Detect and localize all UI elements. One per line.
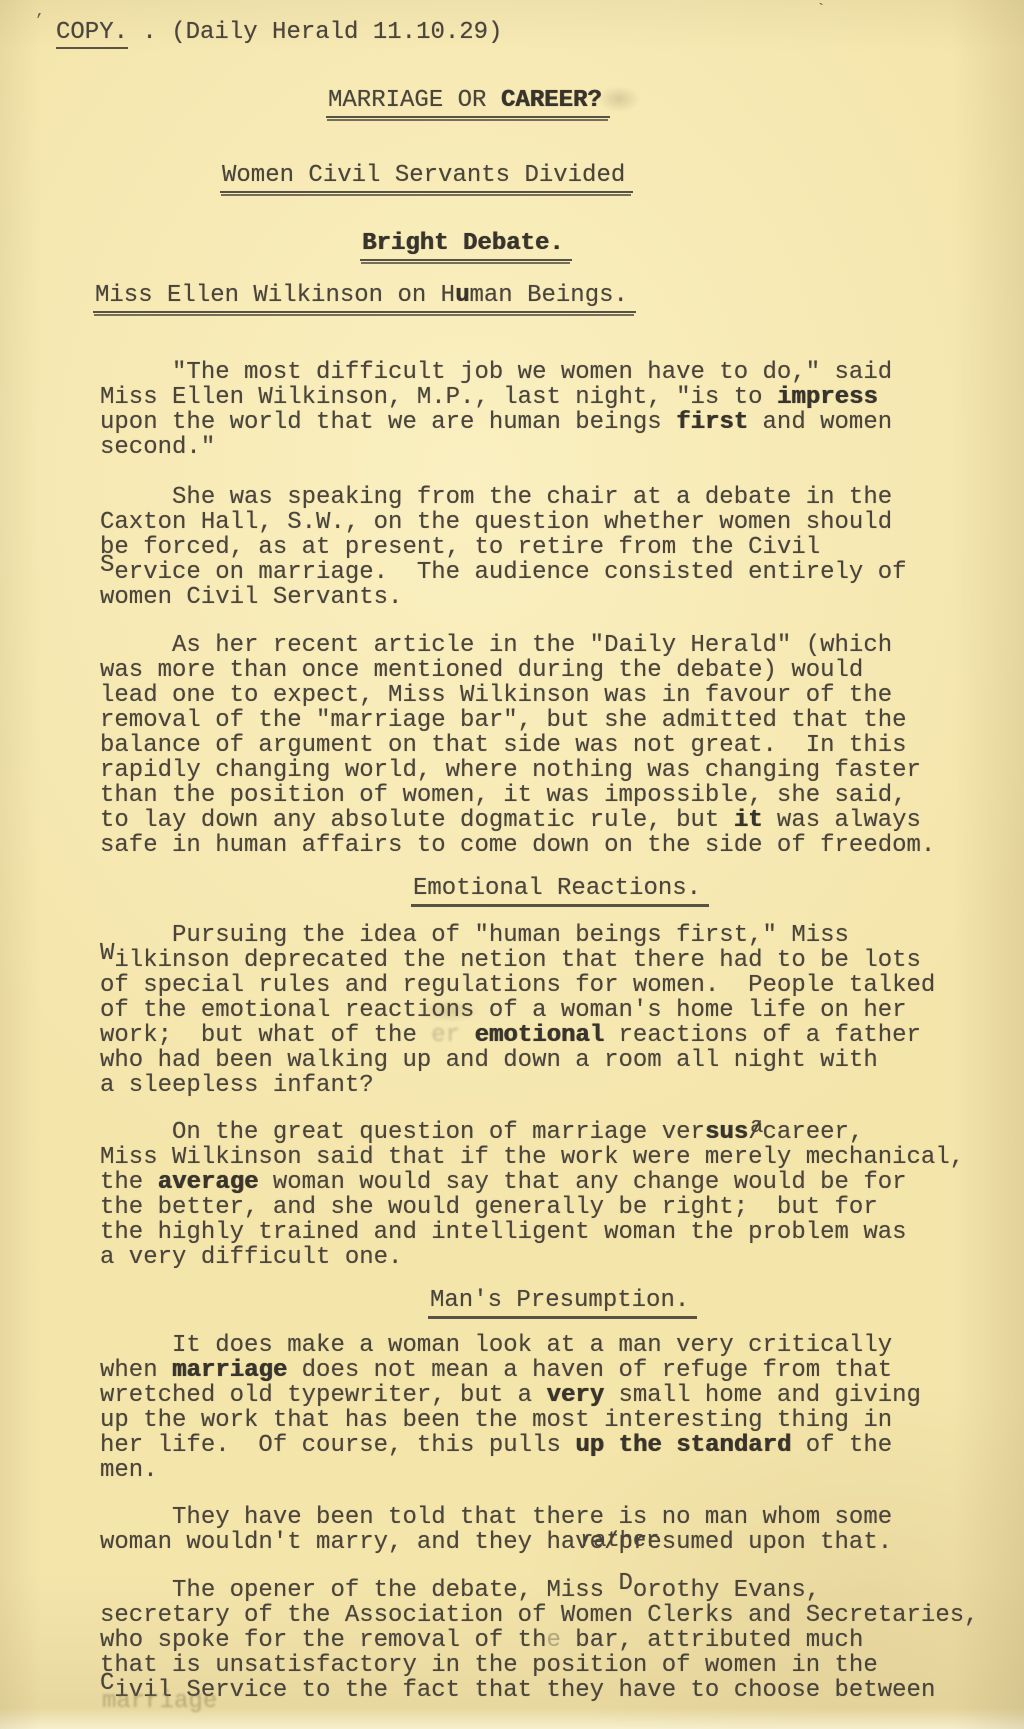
typed-text	[460, 1022, 474, 1049]
text-line: women Civil Servants.	[100, 585, 907, 610]
typed-text: As her recent article in the "Daily Hera…	[100, 632, 892, 659]
typed-text: ivil Service to the fact that they have …	[114, 1677, 935, 1704]
para-4: Pursuing the idea of "human beings first…	[100, 923, 935, 1098]
typed-text: of special rules and regulations for wom…	[100, 972, 935, 999]
overstruck-text: sus	[705, 1119, 748, 1146]
headline-text: MARRIAGE OR CAREER?	[326, 88, 610, 118]
raised-letter: S	[100, 552, 114, 579]
text-line: the highly trained and intelligent woman…	[100, 1220, 964, 1245]
text-line: lead one to expect, Miss Wilkinson was i…	[100, 683, 935, 708]
text-line: As her recent article in the "Daily Hera…	[100, 633, 935, 658]
text-line: was more than once mentioned during the …	[100, 658, 935, 683]
overstruck-text: CAREER?	[501, 87, 602, 114]
typed-text: rapidly changing world, where nothing wa…	[100, 757, 921, 784]
copy-line: COPY. . (Daily Herald 11.10.29)	[56, 20, 502, 45]
raised-letter: D	[618, 1570, 632, 1597]
overstruck-text: Bright Debate.	[362, 230, 564, 257]
text-line: Miss Wilkinson said that if the work wer…	[100, 1145, 964, 1170]
text-line: a sleepless infant?	[100, 1073, 935, 1098]
typed-text: be forced, as at present, to retire from…	[100, 534, 820, 561]
typed-text: Miss Wilkinson said that if the work wer…	[100, 1144, 964, 1171]
typed-text: removal of the "marriage bar", but she a…	[100, 707, 907, 734]
byline-heading: Miss Ellen Wilkinson on Human Beings.	[95, 283, 636, 313]
stray-mark-top-left: ’	[34, 12, 44, 31]
overstruck-text: up the standard	[575, 1432, 791, 1459]
typed-text: second."	[100, 434, 215, 461]
text-line: Miss Ellen Wilkinson, M.P., last night, …	[100, 385, 892, 410]
typed-text: small home and giving	[604, 1382, 921, 1409]
typed-text: up the work that has been the most inter…	[100, 1407, 892, 1434]
headline-smudge	[598, 86, 640, 112]
typed-text: Women Civil Servants Divided	[222, 162, 625, 189]
overstruck-text: emotional	[474, 1022, 604, 1049]
typed-text: orothy Evans,	[633, 1577, 820, 1604]
subheadline-text: Women Civil Servants Divided	[220, 163, 633, 193]
text-line: when marriage does not mean a haven of r…	[100, 1358, 921, 1383]
erased-text-smudge	[418, 1000, 480, 1022]
typed-text: She was speaking from the chair at a deb…	[100, 484, 892, 511]
section-heading-presumption-text: Man's Presumption.	[428, 1288, 697, 1319]
text-line: the better, and she would generally be r…	[100, 1195, 964, 1220]
text-line: men.	[100, 1458, 921, 1483]
typed-text: a very difficult one.	[100, 1244, 402, 1271]
typed-text: On the great question of marriage ver	[100, 1119, 705, 1146]
typed-text: Emotional Reactions.	[413, 875, 701, 902]
text-line: The opener of the debate, Miss Dorothy E…	[100, 1578, 979, 1603]
typed-text: of the	[791, 1432, 892, 1459]
typed-text: than the position of women, it was impos…	[100, 782, 907, 809]
text-line: be forced, as at present, to retire from…	[100, 535, 907, 560]
document-page: COPY. . (Daily Herald 11.10.29)MARRIAGE …	[0, 0, 1024, 1729]
overstruck-text: very	[546, 1382, 604, 1409]
typed-text: the	[100, 1169, 158, 1196]
typed-text: /career,	[748, 1119, 863, 1146]
text-line: the average woman would say that any cha…	[100, 1170, 964, 1195]
para-3: As her recent article in the "Daily Hera…	[100, 633, 935, 858]
text-line: up the work that has been the most inter…	[100, 1408, 921, 1433]
text-line: than the position of women, it was impos…	[100, 783, 935, 808]
text-line: her life. Of course, this pulls up the s…	[100, 1433, 921, 1458]
text-line: that is unsatisfactory in the position o…	[100, 1653, 979, 1678]
text-line: of special rules and regulations for wom…	[100, 973, 935, 998]
typed-text: Pursuing the idea of "human beings first…	[100, 922, 849, 949]
typed-text: when	[100, 1357, 172, 1384]
typed-text: was always	[763, 807, 921, 834]
subheadline: Women Civil Servants Divided	[222, 163, 633, 193]
headline: MARRIAGE OR CAREER?	[328, 88, 610, 118]
typed-text: work; but what of the	[100, 1022, 431, 1049]
text-line: Civil Service to the fact that they have…	[100, 1678, 979, 1703]
text-line: woman wouldn't marry, and they haverathe…	[100, 1530, 892, 1555]
typed-text: to lay down any absolute dogmatic rule, …	[100, 807, 734, 834]
section-heading-emotional-text: Emotional Reactions.	[411, 876, 709, 907]
subheadline-2: Bright Debate.	[362, 231, 572, 261]
overstruck-text: it	[734, 807, 763, 834]
typed-text: er	[431, 1022, 460, 1049]
text-line: "The most difficult job we women have to…	[100, 360, 892, 385]
text-line: She was speaking from the chair at a deb…	[100, 485, 907, 510]
text-line: balance of argument on that side was not…	[100, 733, 935, 758]
typed-text: upon the world that we are human beings	[100, 409, 676, 436]
typed-text: women Civil Servants.	[100, 584, 402, 611]
typed-text: Man's Presumption.	[430, 1287, 689, 1314]
typed-text: was more than once mentioned during the …	[100, 657, 863, 684]
raised-letter: W	[100, 940, 114, 967]
para-7: They have been told that there is no man…	[100, 1505, 892, 1555]
text-line: It does make a woman look at a man very …	[100, 1333, 921, 1358]
typed-insertion-word: rather	[580, 1528, 659, 1553]
typed-text: It does make a woman look at a man very …	[100, 1332, 892, 1359]
text-line: Caxton Hall, S.W., on the question wheth…	[100, 510, 907, 535]
text-line: rapidly changing world, where nothing wa…	[100, 758, 935, 783]
text-line: upon the world that we are human beings …	[100, 410, 892, 435]
para-5: On the great question of marriage versus…	[100, 1120, 964, 1270]
typed-text: does not mean a haven of refuge from tha…	[287, 1357, 892, 1384]
overstruck-text: impress	[777, 384, 878, 411]
typed-text: bar, attributed much	[561, 1627, 863, 1654]
typed-text: and women	[748, 409, 892, 436]
typed-text: a sleepless infant?	[100, 1072, 374, 1099]
text-line: who had been walking up and down a room …	[100, 1048, 935, 1073]
section-heading-presumption: Man's Presumption.	[430, 1288, 697, 1319]
typed-text: balance of argument on that side was not…	[100, 732, 907, 759]
subheadline-2-text: Bright Debate.	[360, 231, 572, 261]
typed-text: woman would say that any change would be…	[258, 1169, 906, 1196]
typed-text: MARRIAGE OR	[328, 87, 501, 114]
typed-text: who had been walking up and down a room …	[100, 1047, 878, 1074]
typed-text: of the emotional reactions of a woman's …	[100, 997, 907, 1024]
typed-text: reactions of a father	[604, 1022, 921, 1049]
overstruck-text: marriage	[172, 1357, 287, 1384]
typed-text: that is unsatisfactory in the position o…	[100, 1652, 878, 1679]
typed-text: her life. Of course, this pulls	[100, 1432, 575, 1459]
overstruck-text: u	[455, 282, 469, 309]
typed-text: the highly trained and intelligent woman…	[100, 1219, 907, 1246]
section-heading-emotional: Emotional Reactions.	[413, 876, 709, 907]
stray-mark-top-right: `	[816, 2, 826, 21]
typed-text: The opener of the debate, Miss	[100, 1577, 618, 1604]
typed-text: e	[546, 1627, 560, 1654]
typed-insertion-word: a	[750, 1114, 763, 1139]
text-line: On the great question of marriage versus…	[100, 1120, 964, 1145]
typed-text: wretched old typewriter, but a	[100, 1382, 546, 1409]
typed-text: ervice on marriage. The audience consist…	[114, 559, 906, 586]
typed-text: who spoke for the removal of th	[100, 1627, 546, 1654]
text-line: safe in human affairs to come down on th…	[100, 833, 935, 858]
text-line: who spoke for the removal of the bar, at…	[100, 1628, 979, 1653]
text-line: of the emotional reactions of a woman's …	[100, 998, 935, 1023]
typed-text: lead one to expect, Miss Wilkinson was i…	[100, 682, 892, 709]
text-line: Wilkinson deprecated the netion that the…	[100, 948, 935, 973]
para-8: The opener of the debate, Miss Dorothy E…	[100, 1578, 979, 1703]
typed-text: the better, and she would generally be r…	[100, 1194, 878, 1221]
text-line: Pursuing the idea of "human beings first…	[100, 923, 935, 948]
typed-text: Miss Ellen Wilkinson on H	[95, 282, 455, 309]
text-line: secretary of the Association of Women Cl…	[100, 1603, 979, 1628]
para-6: It does make a woman look at a man very …	[100, 1333, 921, 1483]
typed-text: COPY.	[56, 19, 128, 49]
typed-text: woman wouldn't marry, and they have	[100, 1529, 604, 1556]
text-line: wretched old typewriter, but a very smal…	[100, 1383, 921, 1408]
para-1: "The most difficult job we women have to…	[100, 360, 892, 460]
typed-text: "The most difficult job we women have to…	[100, 359, 892, 386]
typed-text: Caxton Hall, S.W., on the question wheth…	[100, 509, 892, 536]
faded-catchword: marriage	[102, 1688, 217, 1715]
text-line: a very difficult one.	[100, 1245, 964, 1270]
overstruck-text: average	[158, 1169, 259, 1196]
typed-text: safe in human affairs to come down on th…	[100, 832, 935, 859]
typed-text: ilkinson deprecated the netion that ther…	[114, 947, 921, 974]
text-line: second."	[100, 435, 892, 460]
para-2: She was speaking from the chair at a deb…	[100, 485, 907, 610]
overstruck-text: first	[676, 409, 748, 436]
typed-text: They have been told that there is no man…	[100, 1504, 892, 1531]
text-line: They have been told that there is no man…	[100, 1505, 892, 1530]
text-line: Service on marriage. The audience consis…	[100, 560, 907, 585]
text-line: removal of the "marriage bar", but she a…	[100, 708, 935, 733]
typed-text: . (Daily Herald 11.10.29)	[128, 19, 502, 46]
typed-text: Miss Ellen Wilkinson, M.P., last night, …	[100, 384, 777, 411]
typed-text: secretary of the Association of Women Cl…	[100, 1602, 979, 1629]
text-line: work; but what of the er emotional react…	[100, 1023, 935, 1048]
typed-text: man Beings.	[469, 282, 627, 309]
text-line: to lay down any absolute dogmatic rule, …	[100, 808, 935, 833]
typed-text: men.	[100, 1457, 158, 1484]
byline-heading-text: Miss Ellen Wilkinson on Human Beings.	[93, 283, 636, 313]
